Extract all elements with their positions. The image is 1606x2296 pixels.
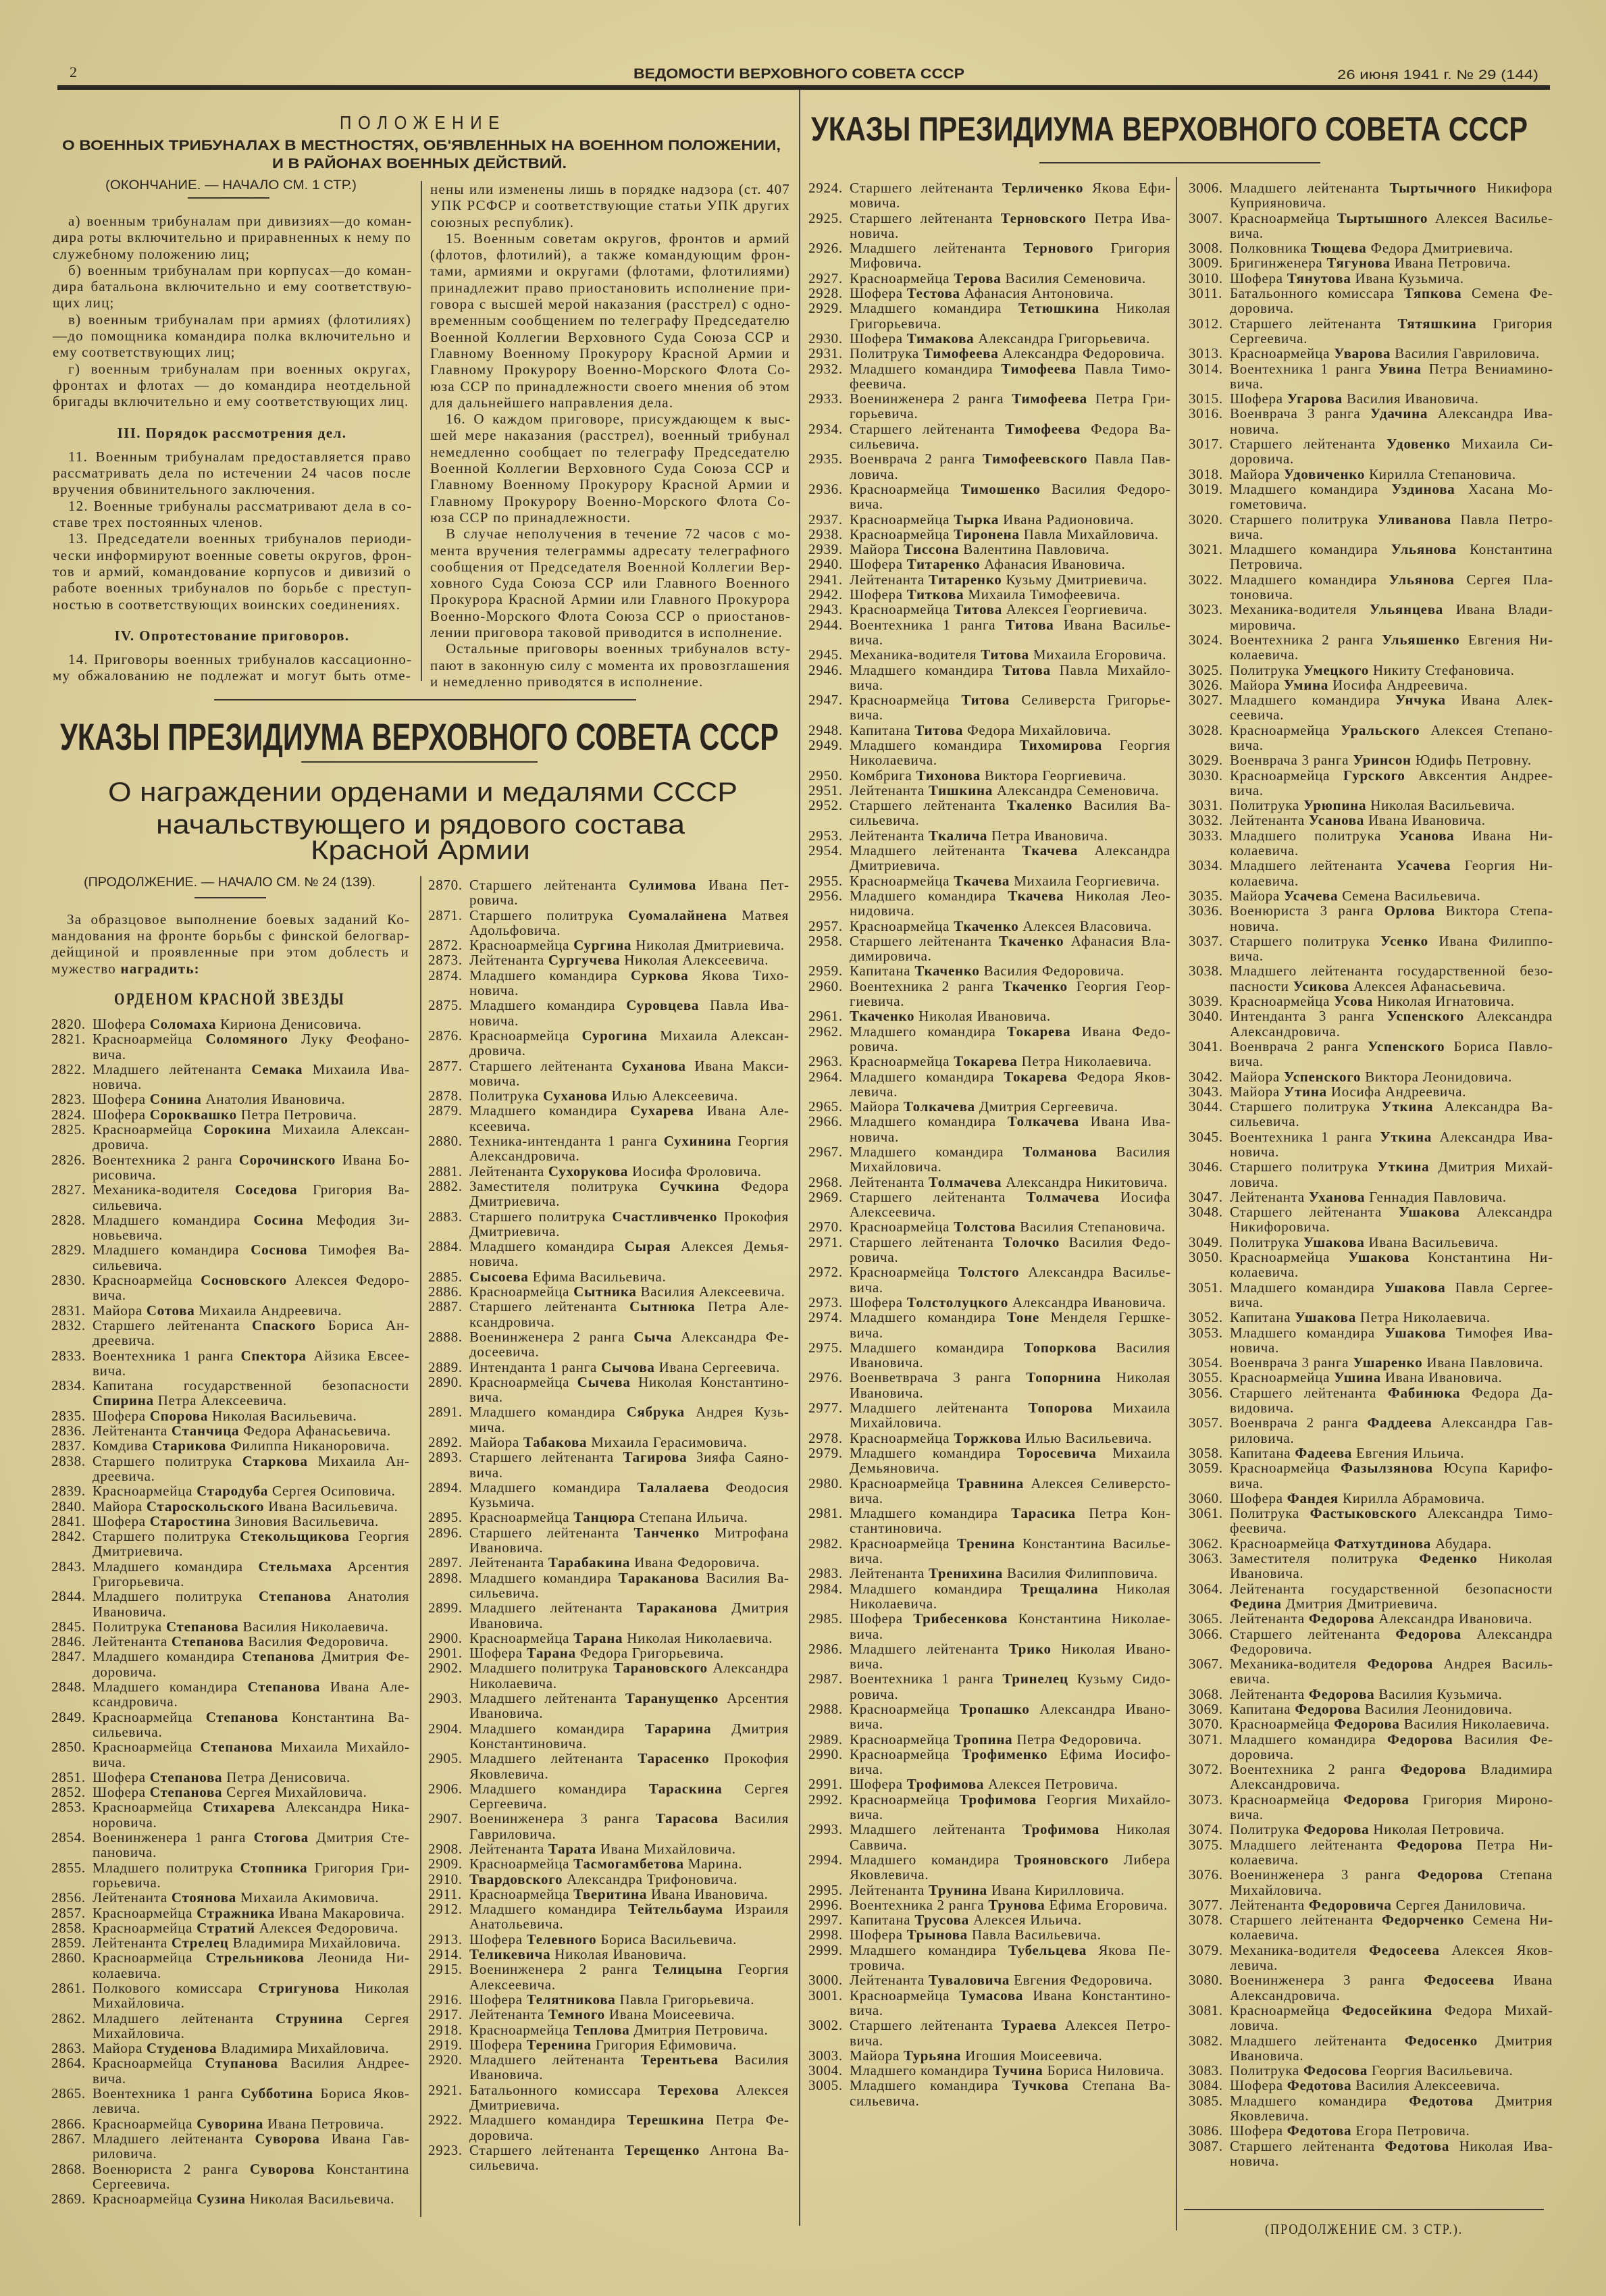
award-entry: 2979.Младшего командира Торосевича Михаи… bbox=[808, 1446, 1170, 1476]
entry-rank: Младшего командира bbox=[469, 1404, 615, 1420]
entry-surname: Теплова bbox=[573, 2022, 629, 2038]
entry-given-names: Николая Васильевича. bbox=[1370, 797, 1515, 813]
entry-text: Майора Староскольского Ивана Васильевича… bbox=[93, 1499, 409, 1514]
award-entry: 2953.Лейтенанта Ткалича Петра Ивановича. bbox=[808, 828, 1170, 843]
award-entry: 3047.Лейтенанта Уханова Геннадия Павлови… bbox=[1189, 1190, 1553, 1204]
entry-rank: Воентехника 1 ранга bbox=[1230, 1129, 1372, 1145]
entry-text: Капитана Трусова Алексея Ильича. bbox=[850, 1912, 1170, 1927]
entry-given-names: Сергея Даниловича. bbox=[1396, 1897, 1526, 1913]
award-entry: 2829.Младшего командира Соснова Тимофея … bbox=[51, 1242, 409, 1273]
award-entry: 3081.Красноармейца Федосейкина Федора Ми… bbox=[1189, 2003, 1553, 2033]
entry-number: 2822. bbox=[51, 1062, 93, 1092]
entry-given-names: Ивана Михайловича. bbox=[600, 1841, 736, 1857]
entry-rank: Младшего лейтенанта bbox=[850, 1821, 1006, 1837]
entry-text: Младшего командира Тарарина Дмитрия Конс… bbox=[469, 1721, 789, 1752]
award-entry: 2962.Младшего командира Токарева Ивана Ф… bbox=[808, 1024, 1170, 1054]
entry-number: 3087. bbox=[1189, 2139, 1230, 2169]
section-heading-text: УКАЗЫ ПРЕЗИДИУМА ВЕРХОВНОГО СОВЕТА СССР bbox=[811, 112, 1528, 146]
entry-rank: Старшего лейтенанта bbox=[469, 1298, 617, 1315]
award-entry: 2939.Майора Тиссона Валентина Павловича. bbox=[808, 542, 1170, 557]
entry-text: Старшего лейтенанта Толмачева Иосифа Але… bbox=[850, 1190, 1170, 1220]
entry-text: Капитана государственной безопасности Сп… bbox=[93, 1378, 409, 1408]
entry-text: Красноармейца Тверитина Ивана Ивановича. bbox=[469, 1887, 789, 1902]
entry-rank: Младшего командира bbox=[850, 2077, 998, 2093]
award-entry: 2844.Младшего политрука Степанова Анатол… bbox=[51, 1589, 409, 1619]
award-entry: 3074.Политрука Федорова Николая Петрович… bbox=[1189, 1822, 1553, 1837]
entry-rank: Лейтенанта bbox=[1230, 1897, 1305, 1913]
entry-number: 3036. bbox=[1189, 903, 1230, 934]
entry-text: Старшего лейтенанта Толочко Василия Федо… bbox=[850, 1235, 1170, 1265]
entry-number: 3062. bbox=[1189, 1536, 1230, 1551]
entry-number: 3077. bbox=[1189, 1897, 1230, 1912]
entry-text: Красноармейца Стрельникова Леонида Ни­ко… bbox=[93, 1950, 409, 1981]
entry-number: 3075. bbox=[1189, 1837, 1230, 1868]
entry-rank: Младшего лейтенанта bbox=[850, 1400, 1009, 1416]
entry-surname: Увина bbox=[1378, 361, 1421, 377]
award-entry: 2822.Младшего лейтенанта Семака Михаила … bbox=[51, 1062, 409, 1092]
award-entry: 2847.Младшего командира Степанова Дмитри… bbox=[51, 1649, 409, 1679]
entry-number: 2977. bbox=[808, 1400, 850, 1431]
entry-number: 2984. bbox=[808, 1581, 850, 1612]
entry-surname: Суомалайнена bbox=[628, 907, 727, 923]
entry-surname: Топорова bbox=[1029, 1400, 1093, 1416]
entry-rank: Младшего лейтенанта bbox=[93, 1061, 242, 1077]
entry-given-names: Петра Николаевича. bbox=[1022, 1053, 1152, 1069]
entry-number: 2997. bbox=[808, 1912, 850, 1927]
award-entry: 2848.Младшего командира Степанова Ивана … bbox=[51, 1679, 409, 1710]
entry-text: Шофера Тимакова Александра Григорьевича. bbox=[850, 331, 1170, 346]
entry-given-names: Алексея Федоровича. bbox=[259, 1920, 398, 1936]
entry-number: 2953. bbox=[808, 828, 850, 843]
entry-number: 3063. bbox=[1189, 1551, 1230, 1581]
entry-rank: Шофера bbox=[850, 330, 903, 347]
entry-surname: Федосенко bbox=[1405, 2033, 1478, 2049]
award-entry: 2906.Младшего командира Тараскина Сергея… bbox=[428, 1781, 789, 1812]
award-entry: 2898.Младшего командира Тараканова Васил… bbox=[428, 1571, 789, 1601]
entry-rank: Красноармейца bbox=[850, 1701, 950, 1717]
entry-surname: Степанова bbox=[242, 1648, 315, 1664]
entry-text: Заместителя политрука Феденко Николая Ив… bbox=[1230, 1551, 1553, 1581]
entry-surname: Титова bbox=[1006, 617, 1054, 633]
entry-surname: Федорова bbox=[1400, 1761, 1466, 1777]
entry-surname: Сулимова bbox=[629, 877, 696, 893]
award-entry: 3050.Красноармейца Ушакова Константина Н… bbox=[1189, 1250, 1553, 1280]
award-entry: 3078.Старшего лейтенанта Федорченко Семе… bbox=[1189, 1912, 1553, 1943]
entry-text: Старшего лейтенанта Федорченко Семена Ни… bbox=[1230, 1912, 1553, 1943]
entry-given-names: Василия Ивановича. bbox=[1347, 390, 1479, 407]
entry-number: 2847. bbox=[51, 1649, 93, 1679]
entry-surname: Токарева bbox=[1007, 1023, 1070, 1040]
entry-number: 2894. bbox=[428, 1480, 469, 1510]
award-entry: 2985.Шофера Трибесенкова Константина Ник… bbox=[808, 1611, 1170, 1641]
entry-text: Военинженера 3 ранга Федорова Степана Ми… bbox=[1230, 1867, 1553, 1897]
entry-text: Механика-водителя Соседова Григория Ва­с… bbox=[93, 1182, 409, 1213]
entry-number: 2853. bbox=[51, 1800, 93, 1830]
award-entry: 2840.Майора Староскольского Ивана Василь… bbox=[51, 1499, 409, 1514]
award-entry: 2915.Военинженера 2 ранга Телицына Георг… bbox=[428, 1962, 789, 1992]
award-entry: 2959.Капитана Ткаченко Василия Федорович… bbox=[808, 963, 1170, 978]
entry-text: Младшего командира Суркова Якова Тихо­но… bbox=[469, 968, 789, 998]
award-entry: 2919.Шофера Теренина Григория Ефимовича. bbox=[428, 2037, 789, 2052]
award-entry: 3072.Воентехника 2 ранга Федорова Владим… bbox=[1189, 1762, 1553, 1792]
entry-surname: Тянутова bbox=[1287, 270, 1351, 286]
entry-rank: Воентехника 1 ранга bbox=[1230, 361, 1371, 377]
entry-surname: Ткаченко bbox=[1003, 978, 1068, 994]
entry-surname: Тоне bbox=[1007, 1309, 1039, 1325]
award-entry: 3082.Младшего лейтенанта Федосенко Дмитр… bbox=[1189, 2033, 1553, 2064]
entry-surname: Ушакова bbox=[1303, 1234, 1365, 1250]
entry-text: Красноармейца Степанова Михаила Михайло­… bbox=[93, 1739, 409, 1770]
entry-rank: Старшего лейтенанта bbox=[469, 1058, 613, 1074]
award-entry: 2832.Старшего лейтенанта Спаского Бориса… bbox=[51, 1318, 409, 1348]
entry-given-names: Зиновия Васильевича. bbox=[234, 1513, 379, 1529]
entry-text: Батальонного комиссара Тяпкова Семена Фе… bbox=[1230, 286, 1553, 316]
award-entry: 2934.Старшего лейтенанта Тимофеева Федор… bbox=[808, 422, 1170, 452]
entry-text: Младшего лейтенанта Таранущенко Арсен­ти… bbox=[469, 1691, 789, 1721]
award-entry: 3016.Военврача 3 ранга Удачина Александр… bbox=[1189, 406, 1553, 436]
entry-surname: Терентьева bbox=[641, 2051, 719, 2068]
entry-surname: Усачева bbox=[1397, 857, 1451, 873]
entry-number: 2858. bbox=[51, 1920, 93, 1935]
entry-text: Военинженера 3 ранга Тарасова Василия Га… bbox=[469, 1811, 789, 1841]
entry-surname: Толстолуцкого bbox=[907, 1294, 1008, 1310]
entry-text: Майора Студенова Владимира Михайловича. bbox=[93, 2041, 409, 2056]
entry-surname: Фастыковского bbox=[1310, 1505, 1417, 1521]
entry-number: 3047. bbox=[1189, 1190, 1230, 1204]
entry-given-names: Иосифа Фроловича. bbox=[632, 1163, 762, 1179]
paragraph: 12. Военные трибуналы рассматривают дела… bbox=[53, 498, 411, 531]
award-entry: 2877.Старшего лейтенанта Суханова Ивана … bbox=[428, 1058, 789, 1089]
entry-number: 2942. bbox=[808, 587, 850, 602]
entry-rank: Красноармейца bbox=[469, 1509, 569, 1525]
entry-rank: Старшего политрука bbox=[469, 1208, 606, 1225]
entry-rank: Красноармейца bbox=[469, 1374, 569, 1390]
award-entry: 2837.Комдива Старикова Филиппа Никаноров… bbox=[51, 1438, 409, 1453]
entry-number: 2849. bbox=[51, 1710, 93, 1740]
entry-given-names: Дмитрия Дмитриевича. bbox=[1286, 1596, 1438, 1612]
award-entry: 2984.Младшего командира Трещалина Никола… bbox=[808, 1581, 1170, 1612]
entry-text: Младшего командира Торосевича Михаила Де… bbox=[850, 1446, 1170, 1476]
entry-number: 2895. bbox=[428, 1510, 469, 1525]
entry-number: 3066. bbox=[1189, 1627, 1230, 1657]
entry-text: Воентехника 2 ранга Ульяшенко Евгения Ни… bbox=[1230, 632, 1553, 663]
award-entry: 2849.Красноармейца Степанова Константина… bbox=[51, 1710, 409, 1740]
entry-surname: Федина bbox=[1230, 1596, 1282, 1612]
entry-rank: Младшего командира bbox=[1230, 1325, 1375, 1341]
entry-number: 2902. bbox=[428, 1660, 469, 1691]
entry-number: 2957. bbox=[808, 919, 850, 934]
entry-surname: Сотова bbox=[147, 1302, 195, 1319]
entry-given-names: Ивана Сергее­вича. bbox=[659, 1359, 781, 1375]
entry-surname: Титова bbox=[961, 692, 1010, 708]
entry-rank: Младшего командира bbox=[1230, 2093, 1387, 2109]
entry-surname: Фазылзянова bbox=[1341, 1460, 1433, 1476]
entry-text: Воентехника 1 ранга Тринелец Кузьму Сидо… bbox=[850, 1671, 1170, 1702]
entry-given-names: Виктора Георгиевича. bbox=[985, 767, 1126, 784]
award-entry: 2876.Красноармейца Сурогина Михаила Алек… bbox=[428, 1028, 789, 1058]
entry-surname: Федорова bbox=[1368, 1656, 1433, 1672]
award-entry: 2824.Шофера Сороквашко Петра Петровича. bbox=[51, 1107, 409, 1122]
entry-number: 3027. bbox=[1189, 692, 1230, 723]
entry-rank: Старшего лейтенанта bbox=[1230, 1626, 1380, 1642]
award-entry: 3084.Шофера Федотова Василия Алексеевича… bbox=[1189, 2078, 1553, 2093]
award-entry: 2853.Красноармейца Стихарева Александра … bbox=[51, 1800, 409, 1830]
entry-number: 3012. bbox=[1189, 316, 1230, 347]
entry-number: 3026. bbox=[1189, 678, 1230, 692]
entry-rank: Политрука bbox=[1230, 1821, 1299, 1837]
entry-number: 2987. bbox=[808, 1671, 850, 1702]
entry-rank: Красноармейца bbox=[850, 1731, 950, 1747]
entry-text: Комдива Старикова Филиппа Никаноровича. bbox=[93, 1438, 409, 1453]
entry-rank: Воентехника 2 ранга bbox=[850, 1897, 984, 1913]
paragraph: Остальные приговоры военных трибуналов в… bbox=[430, 640, 790, 690]
award-entry: 2992.Красноармейца Трофимова Георгия Мих… bbox=[808, 1792, 1170, 1822]
paragraph: в) военным трибуналам при армиях (флотил… bbox=[53, 311, 411, 361]
entry-rank: Младшего лейтенанта bbox=[1230, 857, 1383, 873]
entry-text: Младшего командира Трещалина Николая Ник… bbox=[850, 1581, 1170, 1612]
entry-number: 2857. bbox=[51, 1906, 93, 1920]
award-entry: 3040.Интенданта 3 ранга Успенского Алекс… bbox=[1189, 1009, 1553, 1039]
entry-number: 2873. bbox=[428, 952, 469, 967]
entry-given-names: Ивана Петровича. bbox=[1395, 255, 1511, 271]
entry-text: Шофера Спорова Николая Васильевича. bbox=[93, 1408, 409, 1423]
award-entry: 2893.Старшего лейтенанта Тагирова Зияфа … bbox=[428, 1450, 789, 1480]
entry-surname: Уткина bbox=[1377, 1158, 1429, 1175]
entry-rank: Майора bbox=[1230, 1083, 1280, 1100]
award-entry: 3068.Лейтенанта Федорова Василия Кузьмич… bbox=[1189, 1687, 1553, 1702]
entry-number: 2837. bbox=[51, 1438, 93, 1453]
entry-text: Младшего лейтенанта Тернового Григория М… bbox=[850, 240, 1170, 271]
entry-text: Красноармейца Трофимова Георгия Михайло­… bbox=[850, 1792, 1170, 1822]
entry-text: Младшего командира Степанова Ивана Але­к… bbox=[93, 1679, 409, 1710]
entry-text: Старшего политрука Уткина Александра Ва­… bbox=[1230, 1099, 1553, 1129]
award-entry: 2976.Военветврача 3 ранга Топорнина Нико… bbox=[808, 1370, 1170, 1400]
entry-text: Красноармейца Федосейкина Федора Михай­л… bbox=[1230, 2003, 1553, 2033]
entry-surname: Тейтельбаума bbox=[628, 1901, 723, 1917]
entry-surname: Орлова bbox=[1384, 902, 1435, 919]
continuation-note-text: (ПРОДОЛЖЕНИЕ. — НАЧАЛО СМ. № 24 (139). bbox=[84, 876, 375, 889]
entry-text: Заместителя политрука Сучкина Федора Дми… bbox=[469, 1179, 789, 1209]
entry-number: 2868. bbox=[51, 2162, 93, 2192]
entry-rank: Красноармейца bbox=[850, 873, 950, 889]
award-entry: 2870.Старшего лейтенанта Сулимова Ивана … bbox=[428, 877, 789, 908]
entry-text: Полкового комиссара Стригунова Николая М… bbox=[93, 1981, 409, 2011]
entry-surname: Тяпкова bbox=[1404, 285, 1461, 301]
entry-given-names: Ефима Васильевича. bbox=[533, 1269, 667, 1285]
award-entry: 3085.Младшего командира Федотова Дмитрия… bbox=[1189, 2093, 1553, 2124]
entry-text: Воентехника 2 ранга Федорова Владимира А… bbox=[1230, 1762, 1553, 1792]
entry-surname: Сычова bbox=[601, 1359, 655, 1375]
entry-rank: Младшего командира bbox=[93, 1212, 240, 1228]
entry-text: Майора Удовиченко Кирилла Степановича. bbox=[1230, 467, 1553, 482]
entry-rank: Шофера bbox=[1230, 2122, 1283, 2139]
entry-number: 2920. bbox=[428, 2052, 469, 2083]
entry-text: Воентехника 1 ранга Субботина Бориса Яко… bbox=[93, 2086, 409, 2116]
award-entry: 2836.Лейтенанта Станчица Федора Афанасье… bbox=[51, 1423, 409, 1438]
entry-text: Шофера Старостина Зиновия Васильевича. bbox=[93, 1514, 409, 1529]
entry-number: 2888. bbox=[428, 1329, 469, 1360]
article-column: а) военным трибуналам при дивизиях—до ко… bbox=[53, 213, 411, 684]
article-subtitle: О ВОЕННЫХ ТРИБУНАЛАХ В МЕСТНОСТЯХ, ОБ'ЯВ… bbox=[62, 138, 781, 153]
entry-surname: Гурского bbox=[1343, 767, 1405, 784]
entry-text: Военврача 2 ранга Фаддеева Александра Га… bbox=[1230, 1415, 1553, 1446]
entry-text: Шофера Степанова Сергея Михайловича. bbox=[93, 1785, 409, 1800]
entry-given-names: Ивана Ивановича. bbox=[651, 1886, 769, 1902]
entry-number: 2844. bbox=[51, 1589, 93, 1619]
entry-rank: Военврача 3 ранга bbox=[1230, 752, 1349, 768]
entry-number: 3000. bbox=[808, 1972, 850, 1987]
entry-surname: Федотова bbox=[1287, 2077, 1352, 2093]
award-entry: 3042.Майора Успенского Виктора Леонидови… bbox=[1189, 1069, 1553, 1084]
entry-surname: Федорченко bbox=[1382, 1912, 1464, 1928]
award-entry: 2960.Воентехника 2 ранга Ткаченко Георги… bbox=[808, 979, 1170, 1009]
award-entry: 3035.Майора Усачева Семена Васильевича. bbox=[1189, 888, 1553, 903]
entry-rank: Младшего лейтенанта bbox=[850, 842, 1006, 859]
paragraph: 15. Военным советам округов, фронтов и а… bbox=[430, 230, 790, 411]
entry-rank: Младшего командира bbox=[469, 967, 618, 984]
award-entry: 2991.Шофера Трофимова Алексея Петровича. bbox=[808, 1777, 1170, 1791]
entry-rank: Лейтенанта bbox=[850, 782, 925, 798]
entry-surname: Терова bbox=[954, 270, 1001, 286]
entry-rank: Младшего командира bbox=[850, 300, 1002, 316]
entry-rank: Военврача 2 ранга bbox=[1230, 1414, 1358, 1431]
award-entry: 2886.Красноармейца Сытника Василия Алекс… bbox=[428, 1284, 789, 1299]
entry-text: Лейтенанта Тарата Ивана Михайловича. bbox=[469, 1841, 789, 1856]
entry-text: Теликевича Николая Ивановича. bbox=[469, 1947, 789, 1962]
entry-text: Полковника Тющева Федора Дмитриевича. bbox=[1230, 240, 1553, 255]
entry-given-names: Ивана Макаро­вича. bbox=[279, 1905, 405, 1921]
entry-surname: Трибесенкова bbox=[913, 1610, 1008, 1627]
entry-rank: Шофера bbox=[469, 2037, 523, 2053]
entry-text: Майора Толкачева Дмитрия Сергеевича. bbox=[850, 1099, 1170, 1114]
award-entry: 2899.Младшего лейтенанта Тараканова Дмит… bbox=[428, 1600, 789, 1631]
entry-surname: Счастливченко bbox=[612, 1208, 717, 1225]
entry-text: Лейтенанта Стоянова Михаила Акимовича. bbox=[93, 1890, 409, 1905]
entry-text: Военинженера 2 ранга Тимофеева Петра Гри… bbox=[850, 391, 1170, 422]
entry-surname: Таранущенко bbox=[625, 1690, 719, 1706]
award-entry: 2973.Шофера Толстолуцкого Александра Ива… bbox=[808, 1295, 1170, 1310]
entry-number: 2839. bbox=[51, 1483, 93, 1498]
article-subtitle: И В РАЙОНАХ ВОЕННЫХ ДЕЙСТВИЙ. bbox=[272, 157, 567, 171]
entry-text: Лейтенанта Сухорукова Иосифа Фроловича. bbox=[469, 1164, 789, 1179]
entry-surname: Танченко bbox=[634, 1525, 700, 1541]
column-divider bbox=[1176, 177, 1177, 2230]
award-entry: 2999.Младшего командира Тубельцева Якова… bbox=[808, 1943, 1170, 1973]
award-entry: 3001.Красноармейца Тумасова Ивана Конста… bbox=[808, 1988, 1170, 2018]
award-entry: 2928.Шофера Тестова Афанасия Антоновича. bbox=[808, 286, 1170, 301]
entry-given-names: Григория Ефимовича. bbox=[596, 2037, 737, 2053]
award-entry: 2821.Красноармейца Соломяного Луку Феофа… bbox=[51, 1031, 409, 1062]
entry-number: 3039. bbox=[1189, 994, 1230, 1009]
entry-rank: Старшего политрука bbox=[1230, 1158, 1368, 1175]
award-entry: 2964.Младшего командира Токарева Федора … bbox=[808, 1069, 1170, 1100]
entry-text: Младшего командира Тубельцева Якова Пе­т… bbox=[850, 1943, 1170, 1973]
decree-title-line: О награждении орденами и медалями СССР bbox=[108, 779, 737, 806]
entry-surname: Титаренко bbox=[907, 556, 981, 572]
entry-text: Шофера Тестова Афанасия Антоновича. bbox=[850, 286, 1170, 301]
entry-surname: Старкова bbox=[242, 1453, 308, 1469]
entry-number: 2881. bbox=[428, 1164, 469, 1179]
entry-surname: Ушакова bbox=[1399, 1204, 1460, 1220]
entry-given-names: Василия Семеновича. bbox=[1006, 270, 1146, 286]
entry-text: Политрука Степанова Василия Николаевича. bbox=[93, 1619, 409, 1634]
entry-number: 2962. bbox=[808, 1024, 850, 1054]
award-entry: 3046.Старшего политрука Уткина Дмитрия М… bbox=[1189, 1159, 1553, 1190]
award-entry: 3076.Военинженера 3 ранга Федорова Степа… bbox=[1189, 1867, 1553, 1897]
entry-rank: Военинженера 3 ранга bbox=[1230, 1866, 1401, 1883]
divider-rule bbox=[301, 761, 538, 763]
award-entry: 2967.Младшего командира Толманова Васили… bbox=[808, 1144, 1170, 1175]
entry-number: 3070. bbox=[1189, 1716, 1230, 1731]
entry-text: Политрука Федорова Николая Петровича. bbox=[1230, 1822, 1553, 1837]
entry-rank: Лейтенанта bbox=[1230, 1610, 1305, 1627]
entry-text: Лейтенанта Федорова Александра Ивановича… bbox=[1230, 1611, 1553, 1626]
entry-number: 3057. bbox=[1189, 1415, 1230, 1446]
award-entry: 3071.Младшего командира Федорова Василия… bbox=[1189, 1732, 1553, 1762]
entry-rank: Младшего командира bbox=[1230, 1731, 1376, 1747]
entry-rank: Красноармейца bbox=[469, 2022, 569, 2038]
entry-text: Майора Табакова Михаила Герасимовича. bbox=[469, 1435, 789, 1450]
entry-number: 2975. bbox=[808, 1340, 850, 1371]
entry-given-names: Дмитрия Сергеевича. bbox=[979, 1098, 1118, 1115]
entry-text: Красноармейца Гурского Авксентия Андрее­… bbox=[1230, 768, 1553, 798]
award-entry: 2923.Старшего лейтенанта Терещенко Антон… bbox=[428, 2143, 789, 2173]
half-divider bbox=[799, 90, 800, 2226]
entry-surname: Ушаренко bbox=[1353, 1354, 1422, 1371]
entry-surname: Тарасова bbox=[656, 1810, 719, 1827]
entry-rank: Старшего лейтенанта bbox=[1230, 436, 1376, 452]
entry-surname: Тетюшкина bbox=[1018, 300, 1099, 316]
entry-text: Младшего политрука Степанова Анатолия Ив… bbox=[93, 1589, 409, 1619]
award-entry: 2895.Красноармейца Танцюра Степана Ильич… bbox=[428, 1510, 789, 1525]
entry-rank: Батальонного комиссара bbox=[1230, 285, 1394, 301]
entry-rank: Механика-водителя bbox=[1230, 1942, 1357, 1958]
entry-surname: Титова bbox=[954, 601, 1002, 617]
award-entry: 2892.Майора Табакова Михаила Герасимович… bbox=[428, 1435, 789, 1450]
entry-given-names: Михаила Тимофеевича. bbox=[968, 586, 1120, 603]
entry-text: Механика-водителя Ульянцева Ивана Влади­… bbox=[1230, 602, 1553, 632]
entry-rank: Бригинженера bbox=[1230, 255, 1322, 271]
entry-surname: Сонина bbox=[150, 1091, 202, 1107]
entry-rank: Красноармейца bbox=[850, 1987, 950, 2004]
entry-rank: Красноармейца bbox=[93, 1739, 192, 1755]
entry-number: 3053. bbox=[1189, 1325, 1230, 1356]
entry-rank: Военврача 3 ранга bbox=[1230, 1354, 1349, 1371]
entry-surname: Твардовского bbox=[469, 1871, 563, 1887]
entry-rank: Красноармейца bbox=[93, 1920, 192, 1936]
entry-rank: Старшего лейтенанта bbox=[469, 877, 617, 893]
entry-rank: Старшего политрука bbox=[469, 907, 613, 923]
entry-number: 2941. bbox=[808, 572, 850, 587]
award-entry: 3069.Капитана Федорова Василия Леонидови… bbox=[1189, 1702, 1553, 1716]
entry-rank: Красноармейца bbox=[1230, 345, 1330, 361]
entry-number: 3060. bbox=[1189, 1491, 1230, 1506]
award-entry: 3020.Старшего политрука Уливанова Павла … bbox=[1189, 512, 1553, 542]
entry-rank: Лейтенанта bbox=[469, 1841, 544, 1857]
entry-rank: Шофера bbox=[93, 1091, 146, 1107]
entry-surname: Тыртычного bbox=[1390, 180, 1477, 196]
entry-number: 3068. bbox=[1189, 1687, 1230, 1702]
entry-text: Комбрига Тихонова Виктора Георгиевича. bbox=[850, 768, 1170, 783]
entry-text: Красноармейца Тарана Николая Николаевича… bbox=[469, 1631, 789, 1646]
entry-rank: Красноармейца bbox=[1230, 1716, 1330, 1732]
entry-surname: Толочко bbox=[1003, 1234, 1060, 1250]
entry-number: 2972. bbox=[808, 1265, 850, 1295]
entry-text: Лейтенанта Трунина Ивана Кирилловича. bbox=[850, 1883, 1170, 1897]
entry-surname: Спектора bbox=[241, 1348, 307, 1364]
entry-rank: Интенданта 3 ранга bbox=[1230, 1008, 1374, 1024]
entry-text: Младшего командира Уздинова Хасана Мо­го… bbox=[1230, 482, 1553, 512]
